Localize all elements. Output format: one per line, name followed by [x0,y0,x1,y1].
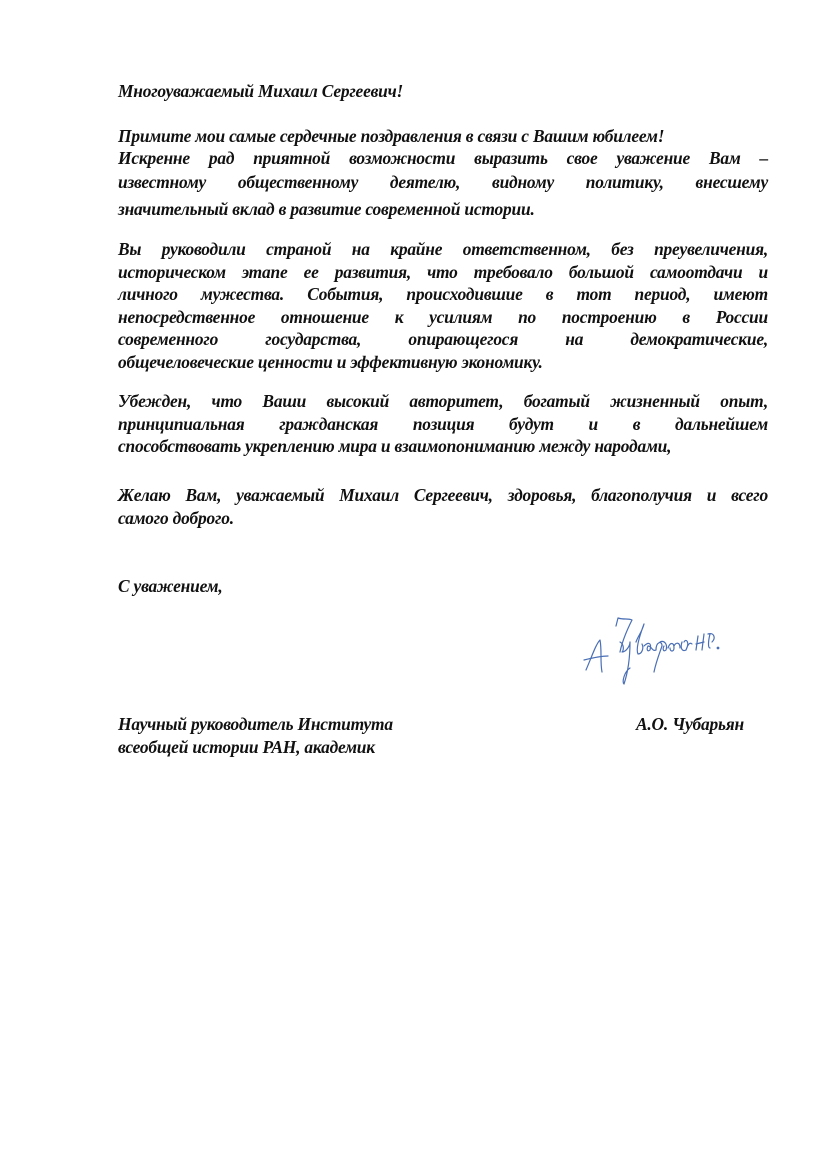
paragraph-leadership: Вы руководили страной на крайне ответств… [118,238,768,374]
paragraph-line: непосредственное отношение к усилиям по … [118,306,768,329]
signatory-title-line: всеобщей истории РАН, академик [118,736,393,759]
paragraph-line: значительный вклад в развитие современно… [118,196,768,223]
letter-page: Многоуважаемый Михаил Сергеевич! Примите… [0,0,826,1169]
paragraph-line: историческом этапе ее развития, что треб… [118,261,768,284]
closing: С уважением, [118,575,768,597]
paragraph-congratulations: Примите мои самые сердечные поздравления… [118,125,768,223]
signatory-name: А.О. Чубарьян [636,713,744,736]
closing-text: С уважением, [118,575,768,597]
paragraph-line: самого доброго. [118,507,768,530]
paragraph-line: принципиальная гражданская позиция будут… [118,413,768,436]
handwritten-signature [578,612,738,692]
paragraph-line: Вы руководили страной на крайне ответств… [118,238,768,261]
paragraph-line: современного государства, опирающегося н… [118,328,768,351]
greeting: Многоуважаемый Михаил Сергеевич! [118,80,768,102]
paragraph-line: личного мужества. События, происходившие… [118,283,768,306]
paragraph-conviction: Убежден, что Ваши высокий авторитет, бог… [118,390,768,458]
paragraph-line: Убежден, что Ваши высокий авторитет, бог… [118,390,768,413]
signatory-title: Научный руководитель Института всеобщей … [118,713,393,758]
signatory-title-line: Научный руководитель Института [118,713,393,736]
paragraph-line: известному общественному деятелю, видном… [118,169,768,196]
paragraph-line: Искренне рад приятной возможности вырази… [118,147,768,169]
paragraph-line: способствовать укреплению мира и взаимоп… [118,435,768,458]
paragraph-line: общечеловеческие ценности и эффективную … [118,351,768,374]
paragraph-line: Примите мои самые сердечные поздравления… [118,125,768,147]
paragraph-wishes: Желаю Вам, уважаемый Михаил Сергеевич, з… [118,484,768,529]
greeting-text: Многоуважаемый Михаил Сергеевич! [118,80,768,102]
paragraph-line: Желаю Вам, уважаемый Михаил Сергеевич, з… [118,484,768,507]
